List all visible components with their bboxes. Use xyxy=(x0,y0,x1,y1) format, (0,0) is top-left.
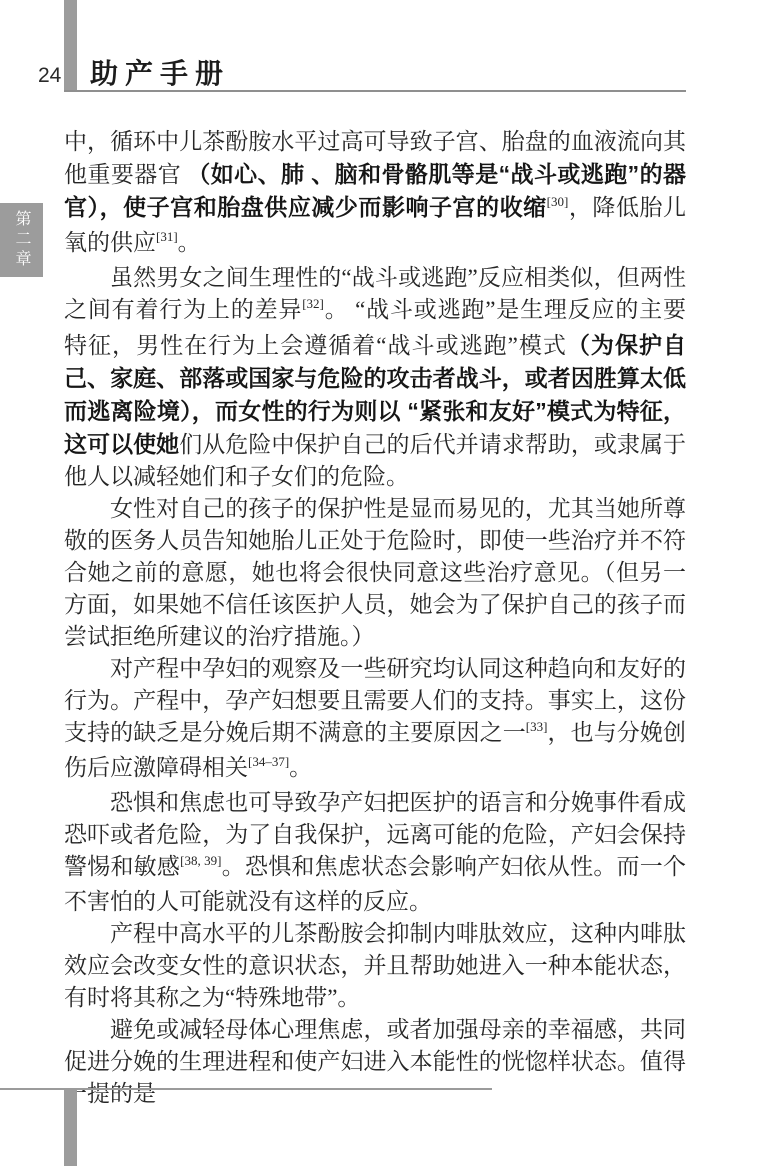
body-paragraph: 避免或减轻母体心理焦虑，或者加强母亲的幸福感，共同促进分娩的生理进程和使产妇进入… xyxy=(64,1014,686,1110)
header-accent-bar xyxy=(64,0,77,91)
chapter-tab-label: 第二章 xyxy=(10,210,33,270)
text-run: 女性对自己的孩子的保护性是显而易见的，尤其当她所尊敬的医务人员告知她胎儿正处于危… xyxy=(64,496,686,649)
text-run: 产程中高水平的儿茶酚胺会抑制内啡肽效应，这种内啡肽效应会改变女性的意识状态，并且… xyxy=(64,921,686,1010)
body-paragraph: 恐惧和焦虑也可导致孕产妇把医护的语言和分娩事件看成恐吓或者危险，为了自我保护，远… xyxy=(64,787,686,918)
body-paragraph: 产程中高水平的儿茶酚胺会抑制内啡肽效应，这种内啡肽效应会改变女性的意识状态，并且… xyxy=(64,918,686,1014)
body-paragraph: 女性对自己的孩子的保护性是显而易见的，尤其当她所尊敬的医务人员告知她胎儿正处于危… xyxy=(64,493,686,653)
citation-superscript: [30] xyxy=(547,194,569,209)
footer-accent-bar xyxy=(64,1090,77,1166)
text-run: 。 xyxy=(178,230,201,255)
body-paragraph: 虽然男女之间生理性的“战斗或逃跑”反应相类似，但两性之间有着行为上的差异[32]… xyxy=(64,262,686,493)
text-run: 避免或减轻母体心理焦虑，或者加强母亲的幸福感，共同促进分娩的生理进程和使产妇进入… xyxy=(64,1017,686,1106)
citation-superscript: [32] xyxy=(302,296,324,311)
citation-superscript: [33] xyxy=(526,719,548,734)
body-paragraph: 中，循环中儿茶酚胺水平过高可导致子宫、胎盘的血液流向其他重要器官 （如心、肺 、… xyxy=(64,126,686,262)
header-rule xyxy=(64,90,686,92)
citation-superscript: [34–37] xyxy=(248,754,289,769)
page-number: 24 xyxy=(38,64,61,88)
chapter-tab: 第二章 xyxy=(0,203,43,277)
body-paragraph: 对产程中孕妇的观察及一些研究均认同这种趋向和友好的行为。产程中，孕产妇想要且需要… xyxy=(64,653,686,787)
book-title: 助产手册 xyxy=(90,52,230,92)
body-text: 中，循环中儿茶酚胺水平过高可导致子宫、胎盘的血液流向其他重要器官 （如心、肺 、… xyxy=(64,126,686,1110)
citation-superscript: [38, 39] xyxy=(180,853,221,868)
book-page: 24 助产手册 第二章 中，循环中儿茶酚胺水平过高可导致子宫、胎盘的血液流向其他… xyxy=(0,0,773,1166)
citation-superscript: [31] xyxy=(156,229,178,244)
text-run: 。 xyxy=(289,755,312,780)
